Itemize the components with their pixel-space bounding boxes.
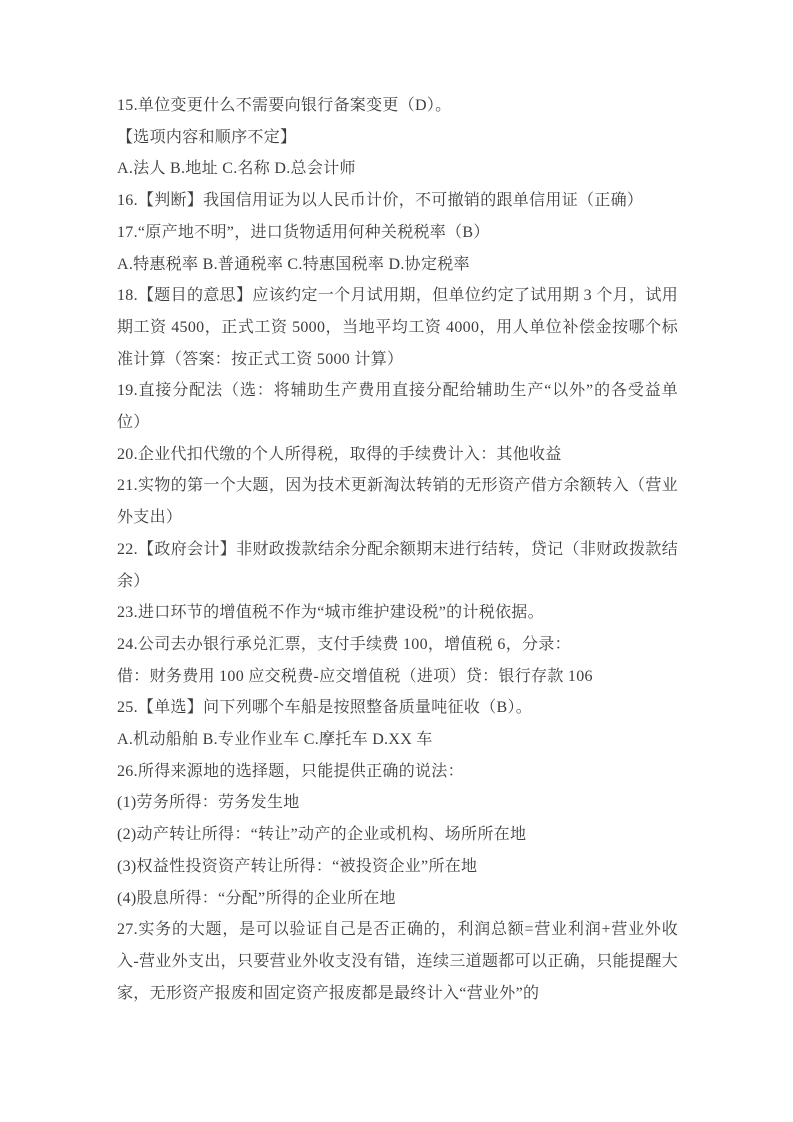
sub-item-26-1: (1)劳务所得：劳务发生地 [117, 787, 678, 819]
question-16: 16.【判断】我国信用证为以人民币计价，不可撤销的跟单信用证（正确） [117, 185, 678, 217]
journal-entry-24: 借：财务费用 100 应交税费-应交增值税（进项）贷：银行存款 106 [117, 661, 678, 693]
sub-item-26-2: (2)动产转让所得：“转让”动产的企业或机构、场所所在地 [117, 819, 678, 851]
question-18: 18.【题目的意思】应该约定一个月试用期，但单位约定了试用期 3 个月，试用期工… [117, 280, 678, 375]
options-note-15: 【选项内容和顺序不定】 [117, 122, 678, 154]
question-25: 25.【单选】问下列哪个车船是按照整备质量吨征收（B）。 [117, 692, 678, 724]
sub-item-26-3: (3)权益性投资资产转让所得：“被投资企业”所在地 [117, 851, 678, 883]
options-17: A.特惠税率 B.普通税率 C.特惠国税率 D.协定税率 [117, 249, 678, 281]
question-17: 17.“原产地不明”，进口货物适用何种关税税率（B） [117, 217, 678, 249]
question-26: 26.所得来源地的选择题，只能提供正确的说法： [117, 756, 678, 788]
document-text-block: 15.单位变更什么不需要向银行备案变更（D）。 【选项内容和顺序不定】 A.法人… [117, 90, 678, 1009]
question-23: 23.进口环节的增值税不作为“城市维护建设税”的计税依据。 [117, 597, 678, 629]
document-page: 15.单位变更什么不需要向银行备案变更（D）。 【选项内容和顺序不定】 A.法人… [0, 0, 793, 1122]
question-19: 19.直接分配法（选：将辅助生产费用直接分配给辅助生产“以外”的各受益单位） [117, 375, 678, 438]
options-25: A.机动船舶 B.专业作业车 C.摩托车 D.XX 车 [117, 724, 678, 756]
options-15: A.法人 B.地址 C.名称 D.总会计师 [117, 153, 678, 185]
sub-item-26-4: (4)股息所得：“分配”所得的企业所在地 [117, 883, 678, 915]
question-20: 20.企业代扣代缴的个人所得税，取得的手续费计入：其他收益 [117, 439, 678, 471]
question-24: 24.公司去办银行承兑汇票，支付手续费 100，增值税 6，分录： [117, 629, 678, 661]
question-21: 21.实物的第一个大题，因为技术更新淘汰转销的无形资产借方余额转入（营业外支出） [117, 470, 678, 533]
question-22: 22.【政府会计】非财政拨款结余分配余额期末进行结转，贷记（非财政拨款结余） [117, 534, 678, 597]
question-27: 27.实务的大题，是可以验证自己是否正确的，利润总额=营业利润+营业外收入-营业… [117, 914, 678, 1009]
question-15: 15.单位变更什么不需要向银行备案变更（D）。 [117, 90, 678, 122]
